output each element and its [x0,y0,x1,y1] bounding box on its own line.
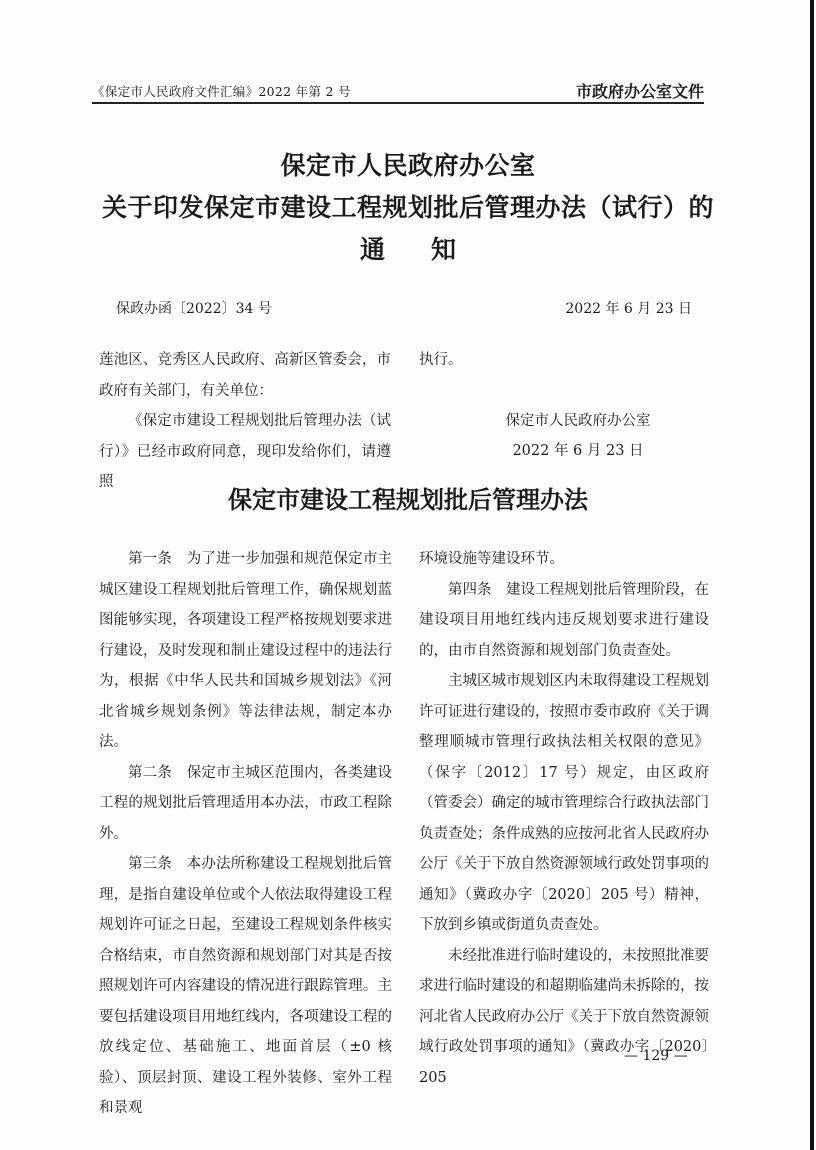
regulation-column-right: 环境设施等建设环节。 第四条 建设工程规划批后管理阶段，在建设项目用地红线内违反… [419,544,709,1093]
article-4-para-3: 未经批准进行临时建设的，未按照批准要求进行临时建设的和超期临建尚未拆除的，按河北… [419,941,709,1094]
notice-body-left: 莲池区、竞秀区人民政府、高新区管委会，市政府有关部门，有关单位： 《保定市建设工… [99,345,391,498]
notice-sign-date: 2022 年 6 月 23 日 [419,436,709,467]
article-2: 第二条 保定市主城区范围内，各类建设工程的规划批后管理适用本办法，市政工程除外。 [99,758,392,850]
notice-signer: 保定市人民政府办公室 [419,406,709,437]
document-number: 保政办函〔2022〕34 号 [116,298,272,318]
running-header: 《保定市人民政府文件汇编》2022 年第 2 号 市政府办公室文件 [92,78,704,100]
notice-body-right: 执行。 保定市人民政府办公室 2022 年 6 月 23 日 [419,345,709,467]
article-3: 第三条 本办法所称建设工程规划批后管理，是指自建设单位或个人依法取得建设工程规划… [99,849,392,1124]
article-4: 第四条 建设工程规划批后管理阶段，在建设项目用地红线内违反规划要求进行建设的，由… [419,575,709,667]
notice-recipients: 莲池区、竞秀区人民政府、高新区管委会，市政府有关部门，有关单位： [99,345,391,406]
spacer [419,376,709,406]
notice-title-line3: 通知 [0,230,816,266]
article-3-continued: 环境设施等建设环节。 [419,544,709,575]
header-category: 市政府办公室文件 [576,79,704,102]
article-1: 第一条 为了进一步加强和规范保定市主城区建设工程规划批后管理工作，确保规划蓝图能… [99,544,392,758]
notice-title-line1: 保定市人民政府办公室 [0,146,816,182]
document-date: 2022 年 6 月 23 日 [565,298,692,318]
regulation-title: 保定市建设工程规划批后管理办法 [0,480,816,515]
header-rule [92,102,704,104]
page-number: — 129 — [624,1048,688,1064]
article-4-para-2: 主城区城市规划区内未取得建设工程规划许可证进行建设的，按照市委市政府《关于调整理… [419,666,709,941]
notice-text-continued: 执行。 [419,345,709,376]
notice-title-line2: 关于印发保定市建设工程规划批后管理办法（试行）的 [0,188,816,224]
header-publication: 《保定市人民政府文件汇编》2022 年第 2 号 [92,82,351,100]
regulation-column-left: 第一条 为了进一步加强和规范保定市主城区建设工程规划批后管理工作，确保规划蓝图能… [99,544,392,1124]
